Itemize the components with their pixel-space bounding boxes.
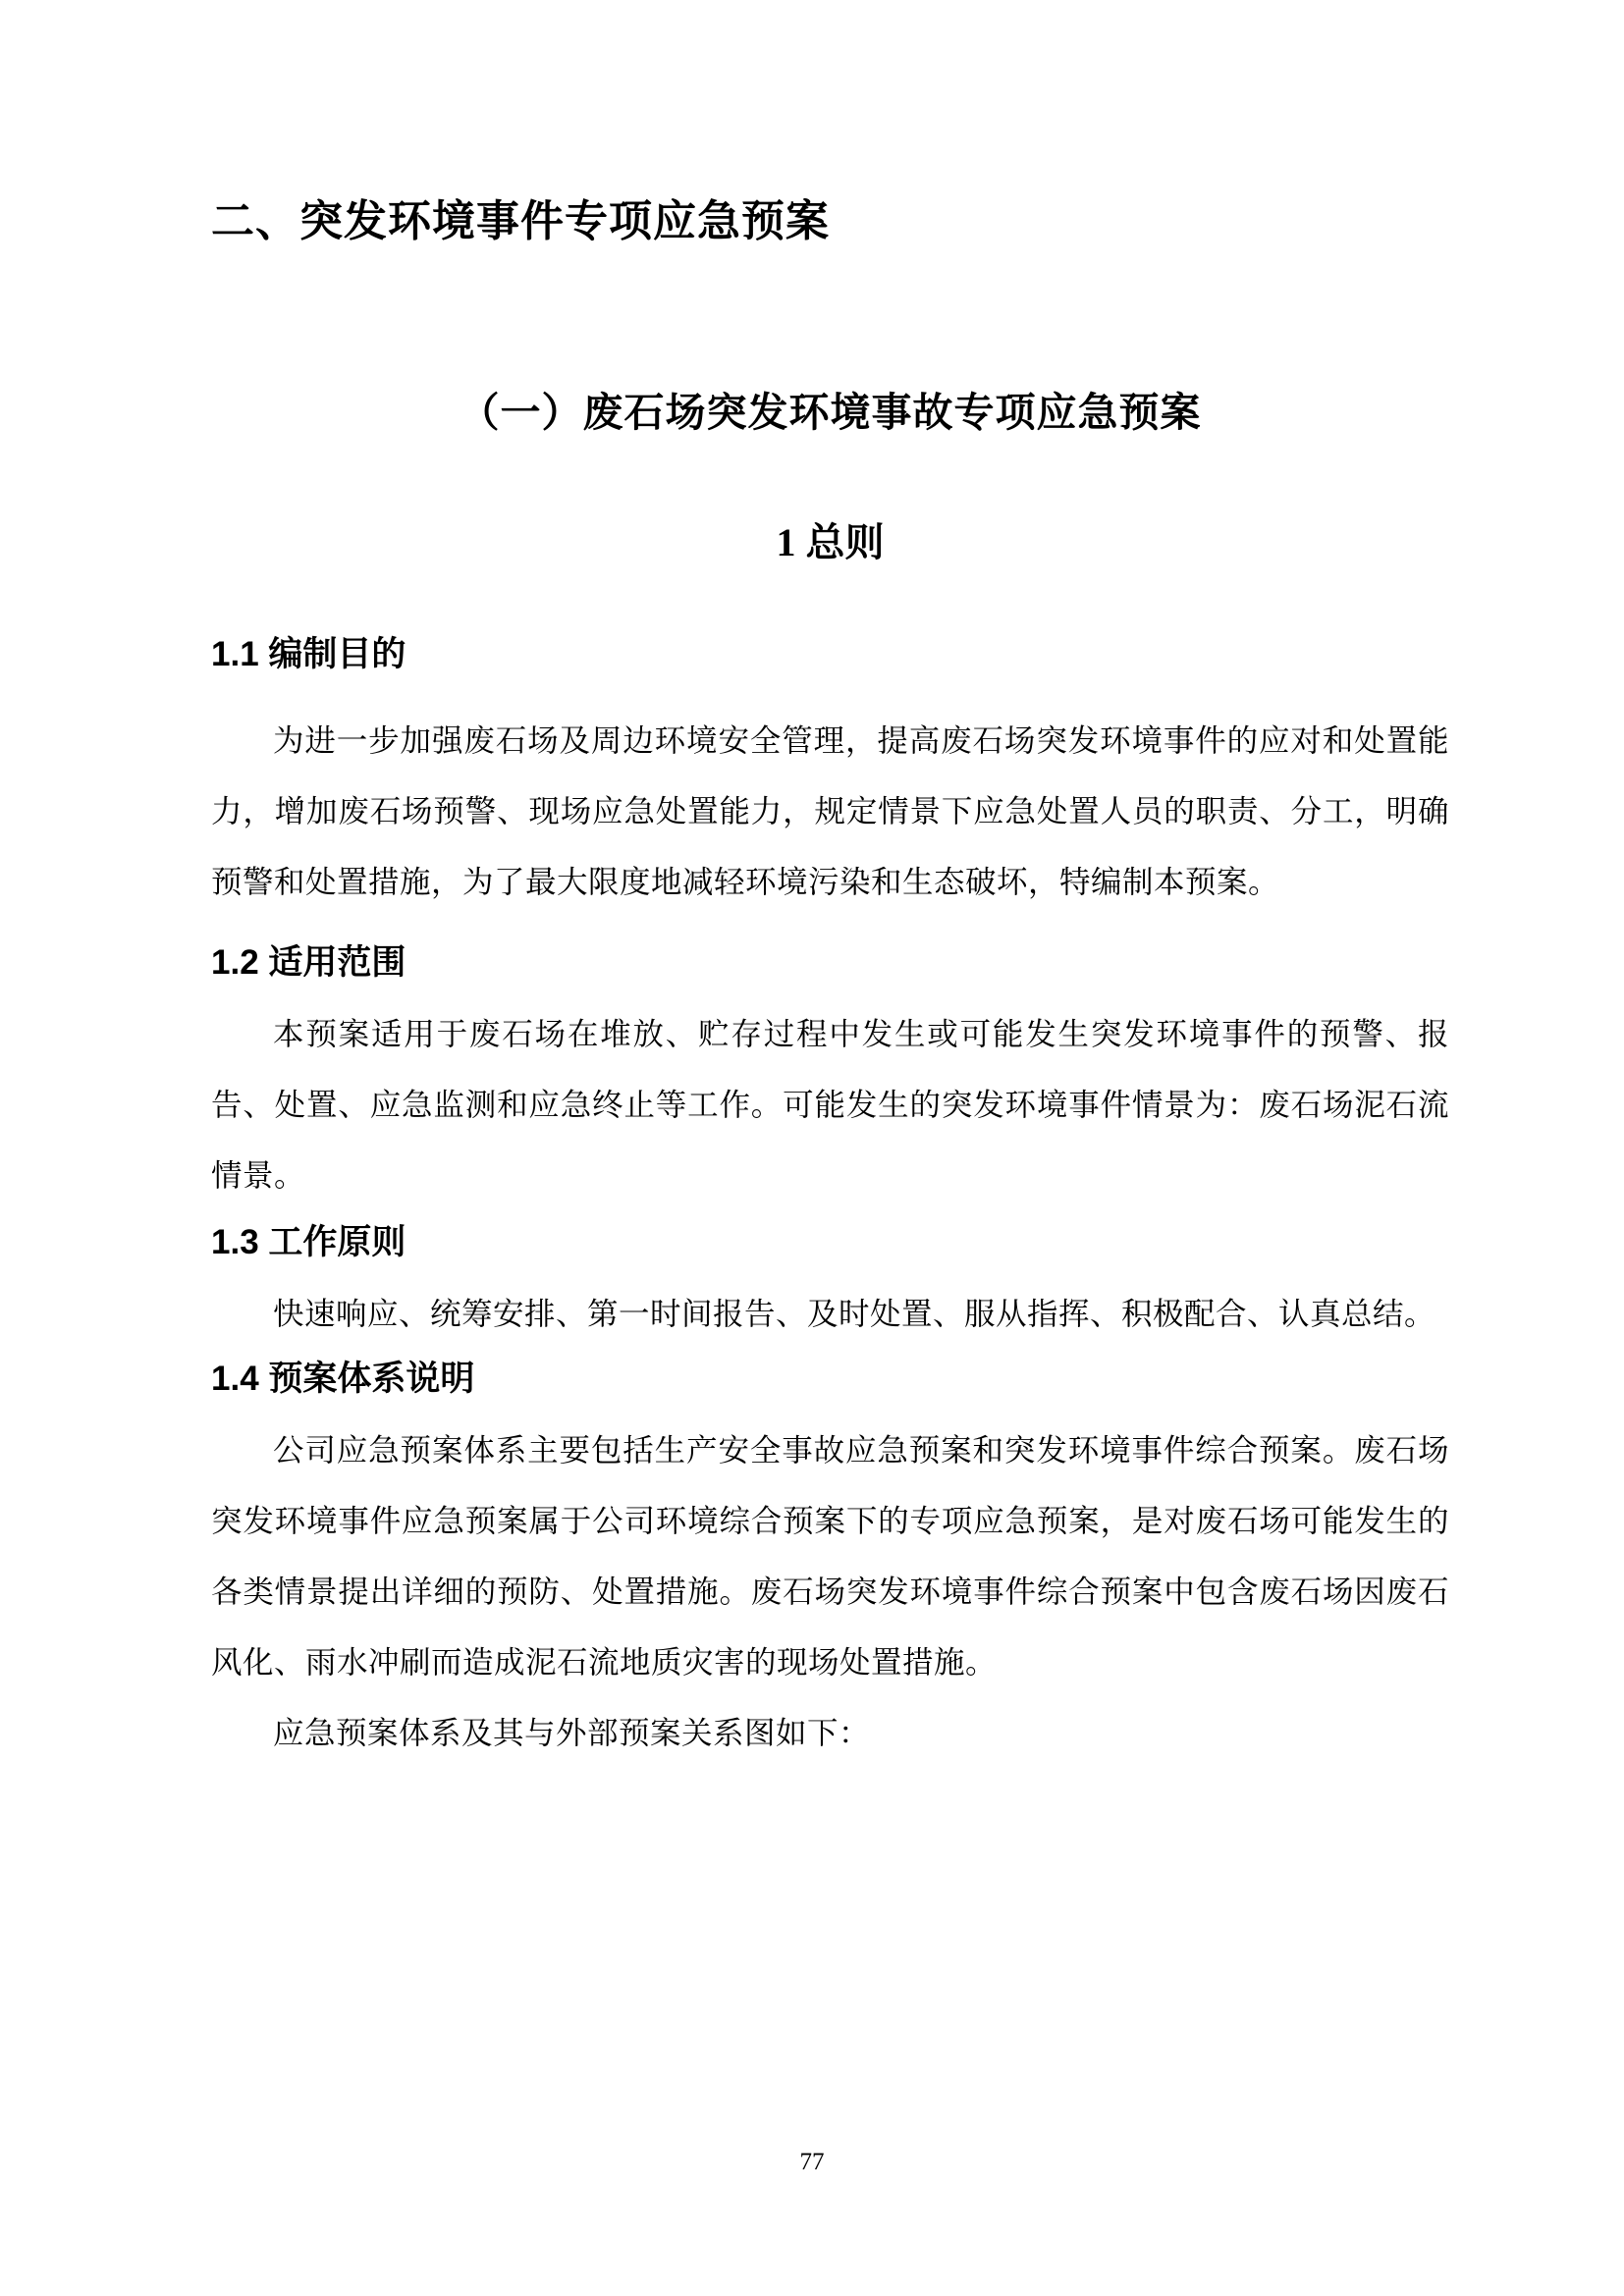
page-number: 77 [0, 2149, 1624, 2176]
paragraph-1-4a: 公司应急预案体系主要包括生产安全事故应急预案和突发环境事件综合预案。废石场突发环… [211, 1415, 1449, 1698]
section-title: （一）废石场突发环境事故专项应急预案 [211, 387, 1449, 439]
paragraph-1-3: 快速响应、统筹安排、第一时间报告、及时处置、服从指挥、积极配合、认真总结。 [211, 1279, 1449, 1350]
heading-1-3: 1.3 工作原则 [211, 1219, 1449, 1265]
heading-1-4: 1.4 预案体系说明 [211, 1356, 1449, 1402]
part-title: 1 总则 [211, 517, 1449, 568]
paragraph-1-2: 本预案适用于废石场在堆放、贮存过程中发生或可能发生突发环境事件的预警、报告、处置… [211, 999, 1449, 1211]
paragraph-1-1: 为进一步加强废石场及周边环境安全管理，提高废石场突发环境事件的应对和处置能力，增… [211, 706, 1449, 918]
heading-1-1: 1.1 编制目的 [211, 631, 1449, 677]
paragraph-1-4b: 应急预案体系及其与外部预案关系图如下： [211, 1698, 1449, 1769]
chapter-title: 二、突发环境事件专项应急预案 [211, 193, 1449, 249]
document-page: 二、突发环境事件专项应急预案 （一）废石场突发环境事故专项应急预案 1 总则 1… [0, 0, 1624, 2296]
heading-1-2: 1.2 适用范围 [211, 939, 1449, 986]
